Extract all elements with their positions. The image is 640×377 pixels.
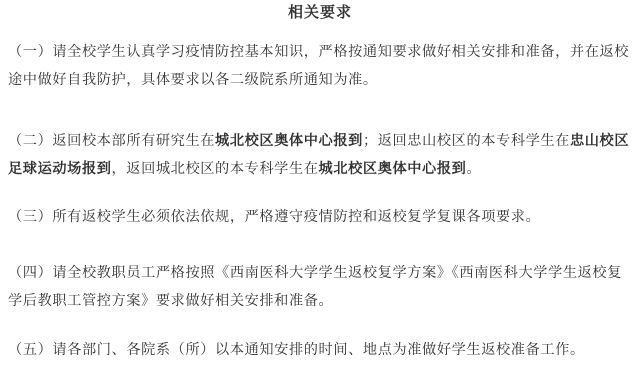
paragraph-index: （三） [8,209,52,225]
paragraph-index: （四） [8,265,52,281]
section-title: 相关要求 [282,1,358,23]
requirement-paragraph-5: （五）请各部门、各院系（所）以本通知安排的时间、地点为准做好学生返校准备工作。 [8,336,636,364]
paragraph-index: （二） [8,133,52,149]
paragraph-text: 请全校学生认真学习疫情防控基本知识，严格按通知要求做好相关安排和准备，并在返校途… [8,44,629,88]
paragraph-text: 请全校教职员工严格按照《西南医科大学学生返校复学方案》《西南医科大学学生返校复学… [8,265,622,309]
paragraph-text: 所有返校学生必须依法依规，严格遵守疫情防控和返校复学复课各项要求。 [52,209,540,225]
bold-location: 城北校区奥体中心报到 [319,161,467,177]
requirement-paragraph-2: （二）返回校本部所有研究生在城北校区奥体中心报到；返回忠山校区的本专科学生在忠山… [8,127,636,183]
requirement-paragraph-1: （一）请全校学生认真学习疫情防控基本知识，严格按通知要求做好相关安排和准备，并在… [8,38,636,94]
paragraph-text: ；返回忠山校区的本专科学生在 [363,133,570,149]
requirement-paragraph-4: （四）请全校教职员工严格按照《西南医科大学学生返校复学方案》《西南医科大学学生返… [8,259,636,315]
bold-location: 城北校区奥体中心报到 [215,133,363,149]
paragraph-index: （一） [8,44,52,60]
paragraph-text: 。 [466,161,481,177]
paragraph-text: 请各部门、各院系（所）以本通知安排的时间、地点为准做好学生返校准备工作。 [52,342,584,358]
section-title-wrapper: 相关要求 [0,0,640,23]
requirement-paragraph-3: （三）所有返校学生必须依法依规，严格遵守疫情防控和返校复学复课各项要求。 [8,203,636,231]
paragraph-index: （五） [8,342,52,358]
paragraph-text: 返回校本部所有研究生在 [52,133,215,149]
paragraph-text: ，返回城北校区的本专科学生在 [112,161,319,177]
